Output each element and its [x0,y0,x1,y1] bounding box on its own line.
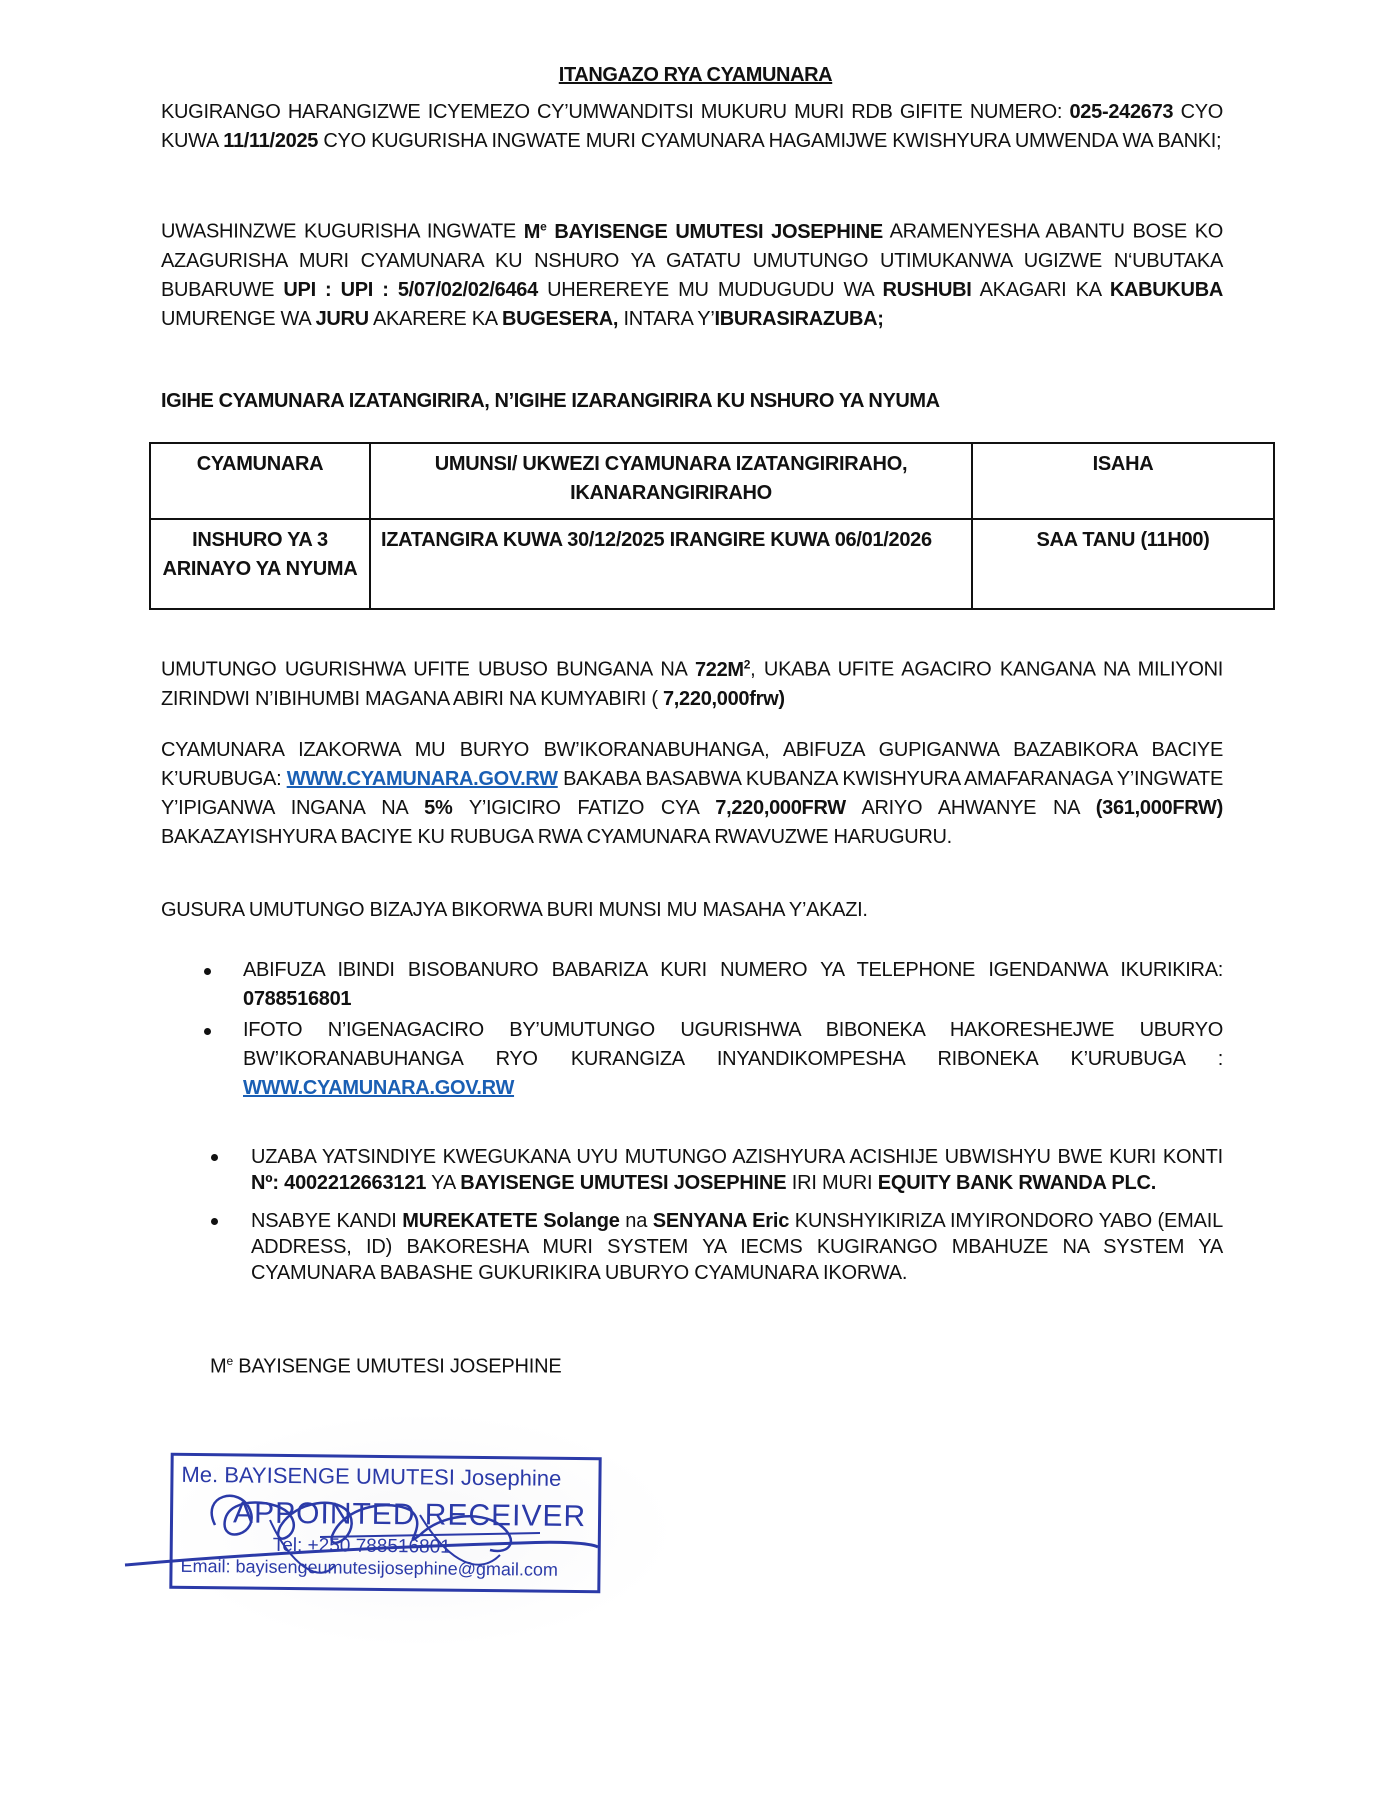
receiver-name: Me BAYISENGE UMUTESI JOSEPHINE [524,221,883,243]
cell-name: KABUKUBA [1110,279,1223,301]
account-holder: BAYISENGE UMUTESI JOSEPHINE [460,1172,786,1194]
header-auction: CYAMUNARA [150,443,370,519]
list-item: UZABA YATSINDIYE KWEGUKANA UYU MUTUNGO A… [161,1144,1223,1196]
text: INTARA Y’ [618,308,714,330]
document-title: ITANGAZO RYA CYAMUNARA [0,64,1391,87]
property-value: 7,220,000frw) [663,688,785,710]
schedule-heading: IGIHE CYAMUNARA IZATANGIRIRA, N’IGIHE IZ… [161,390,940,413]
cyamunara-website-link[interactable]: WWW.CYAMUNARA.GOV.RW [287,768,558,790]
bullet-icon [204,968,211,975]
sector-name: JURU [316,308,369,330]
text: na [620,1210,653,1232]
text: IRI MURI [786,1172,877,1194]
deposit-amount: (361,000FRW) [1096,797,1223,819]
list-item: NSABYE KANDI MUREKATETE Solange na SENYA… [161,1208,1223,1286]
text: Y’IGICIRO FATIZO CYA [452,797,715,819]
list-item: IFOTO N’IGENAGACIRO BY’UMUTUNGO UGURISHW… [161,1016,1223,1103]
person-name-1: MUREKATETE Solange [402,1210,619,1232]
contact-phone: 0788516801 [243,988,351,1010]
stamp-phone: Tel: +250 788516801 [273,1535,451,1559]
property-area: 722M2 [695,659,750,681]
province-name: IBURASIRAZUBA; [714,308,883,330]
text: CYO KUGURISHA INGWATE MURI CYAMUNARA HAG… [318,130,1221,152]
district-name: BUGESERA, [502,308,618,330]
stamp-name: Me. BAYISENGE UMUTESI Josephine [181,1462,561,1492]
stamp-title: APPOINTED RECEIVER [233,1496,586,1534]
property-paragraph: UWASHINZWE KUGURISHA INGWATE Me BAYISENG… [161,212,1223,334]
text: UMUTUNGO UGURISHWA UFITE UBUSO BUNGANA N… [161,659,695,681]
bidding-paragraph: CYAMUNARA IZAKORWA MU BURYO BW’IKORANABU… [161,736,1223,852]
cell-time: SAA TANU (11H00) [972,519,1274,609]
decision-number: 025-242673 [1069,101,1173,123]
bank-name: EQUITY BANK RWANDA PLC. [878,1172,1156,1194]
text: NSABYE KANDI [251,1210,402,1232]
stamp-email: Email: bayisengeumutesijosephine@gmail.c… [180,1556,558,1581]
person-name-2: SENYANA Eric [653,1210,789,1232]
text: UHEREREYE MU MUDUGUDU WA [538,279,883,301]
village-name: RUSHUBI [883,279,972,301]
text: UZABA YATSINDIYE KWEGUKANA UYU MUTUNGO A… [251,1146,1223,1168]
visit-paragraph: GUSURA UMUTUNGO BIZAJYA BIKORWA BURI MUN… [161,896,1223,925]
list-item: ABIFUZA IBINDI BISOBANURO BABARIZA KURI … [161,956,1223,1014]
header-time: ISAHA [972,443,1274,519]
text: AKAGARI KA [972,279,1110,301]
text: ABIFUZA IBINDI BISOBANURO BABARIZA KURI … [243,959,1223,981]
text: UWASHINZWE KUGURISHA INGWATE [161,221,524,243]
text: ARIYO AHWANYE NA [846,797,1096,819]
header-dates: UMUNSI/ UKWEZI CYAMUNARA IZATANGIRIRAHO,… [370,443,972,519]
bullet-icon [211,1218,218,1225]
deposit-percent: 5% [424,797,452,819]
intro-paragraph: KUGIRANGO HARANGIZWE ICYEMEZO CY’UMWANDI… [161,98,1223,156]
text: KUGIRANGO HARANGIZWE ICYEMEZO CY’UMWANDI… [161,101,1069,123]
signoff-name: Me BAYISENGE UMUTESI JOSEPHINE [210,1354,562,1379]
bullet-icon [211,1154,218,1161]
text: AKARERE KA [369,308,502,330]
text: YA [426,1172,460,1194]
cell-dates: IZATANGIRA KUWA 30/12/2025 IRANGIRE KUWA… [370,519,972,609]
table-header-row: CYAMUNARA UMUNSI/ UKWEZI CYAMUNARA IZATA… [150,443,1274,519]
receiver-stamp: Me. BAYISENGE UMUTESI Josephine APPOINTE… [169,1453,601,1594]
cyamunara-website-link[interactable]: WWW.CYAMUNARA.GOV.RW [243,1077,514,1099]
info-bullet-list: ABIFUZA IBINDI BISOBANURO BABARIZA KURI … [161,956,1223,1103]
decision-date: 11/11/2025 [223,130,318,152]
text: BAKAZAYISHYURA BACIYE KU RUBUGA RWA CYAM… [161,826,952,848]
auction-schedule-table: CYAMUNARA UMUNSI/ UKWEZI CYAMUNARA IZATA… [149,442,1275,610]
cell-auction-round: INSHURO YA 3 ARINAYO YA NYUMA [150,519,370,609]
table-row: INSHURO YA 3 ARINAYO YA NYUMA IZATANGIRA… [150,519,1274,609]
value-paragraph: UMUTUNGO UGURISHWA UFITE UBUSO BUNGANA N… [161,650,1223,714]
account-number: Nº: 4002212663121 [251,1172,426,1194]
bullet-icon [204,1028,211,1035]
text: IFOTO N’IGENAGACIRO BY’UMUTUNGO UGURISHW… [243,1019,1223,1070]
auction-notice-page: ITANGAZO RYA CYAMUNARA KUGIRANGO HARANGI… [0,0,1391,1800]
payment-bullet-list: UZABA YATSINDIYE KWEGUKANA UYU MUTUNGO A… [161,1144,1223,1298]
base-price: 7,220,000FRW [715,797,846,819]
text: UMURENGE WA [161,308,316,330]
upi-number: UPI : UPI : 5/07/02/02/6464 [283,279,538,301]
